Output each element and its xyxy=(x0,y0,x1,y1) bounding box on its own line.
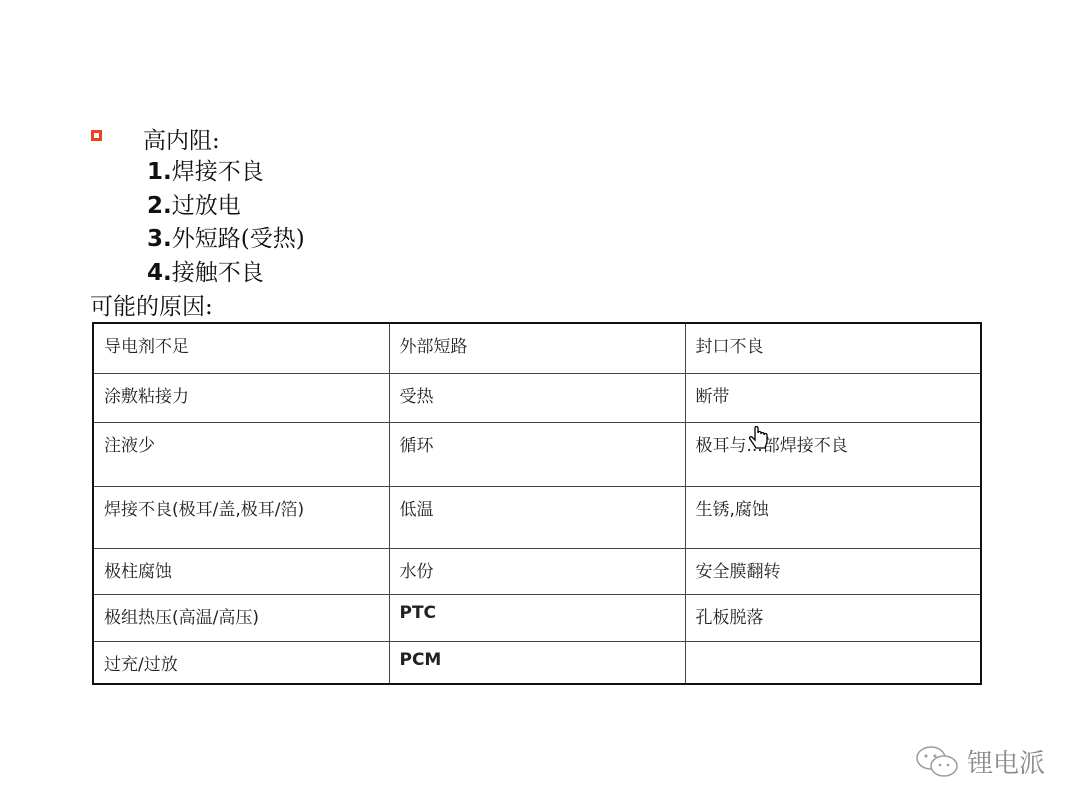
table-row: 极柱腐蚀 水份 安全膜翻转 xyxy=(93,548,981,594)
table-cell: PCM xyxy=(389,641,685,684)
table-cell: 焊接不良(极耳/盖,极耳/箔) xyxy=(93,486,389,548)
bullet-square-icon xyxy=(91,130,102,141)
table-row: 导电剂不足 外部短路 封口不良 xyxy=(93,323,981,373)
table-row: 过充/过放 PCM xyxy=(93,641,981,684)
table-cell: 极耳与...部焊接不良 xyxy=(685,422,981,486)
table-cell: 封口不良 xyxy=(685,323,981,373)
section-heading: 高内阻: xyxy=(143,124,220,158)
causes-title: 可能的原因: xyxy=(90,290,213,324)
list-item: 1.焊接不良 xyxy=(147,156,305,190)
watermark: 锂电派 xyxy=(915,743,1045,780)
table-cell: 低温 xyxy=(389,486,685,548)
table-cell: 涂敷粘接力 xyxy=(93,373,389,422)
wechat-icon xyxy=(915,745,961,779)
causes-table: 导电剂不足 外部短路 封口不良 涂敷粘接力 受热 断带 注液少 循环 极耳与..… xyxy=(92,322,982,685)
table-cell: 孔板脱落 xyxy=(685,594,981,641)
list-item: 2.过放电 xyxy=(147,190,305,224)
table-cell xyxy=(685,641,981,684)
cause-list: 1.焊接不良 2.过放电 3.外短路(受热) 4.接触不良 xyxy=(147,156,305,290)
table-cell: 极组热压(高温/高压) xyxy=(93,594,389,641)
table-cell: 生锈,腐蚀 xyxy=(685,486,981,548)
table-cell: 导电剂不足 xyxy=(93,323,389,373)
table-row: 注液少 循环 极耳与...部焊接不良 xyxy=(93,422,981,486)
table-cell: 过充/过放 xyxy=(93,641,389,684)
list-item: 4.接触不良 xyxy=(147,257,305,291)
table-row: 涂敷粘接力 受热 断带 xyxy=(93,373,981,422)
list-item: 3.外短路(受热) xyxy=(147,223,305,257)
table-cell: 受热 xyxy=(389,373,685,422)
table-cell: 极柱腐蚀 xyxy=(93,548,389,594)
watermark-text: 锂电派 xyxy=(967,743,1045,780)
table-cell: PTC xyxy=(389,594,685,641)
table-cell: 安全膜翻转 xyxy=(685,548,981,594)
table-row: 焊接不良(极耳/盖,极耳/箔) 低温 生锈,腐蚀 xyxy=(93,486,981,548)
table-cell: 外部短路 xyxy=(389,323,685,373)
table-cell: 循环 xyxy=(389,422,685,486)
table-cell: 注液少 xyxy=(93,422,389,486)
hand-cursor-icon xyxy=(748,426,770,454)
table-cell: 水份 xyxy=(389,548,685,594)
table-row: 极组热压(高温/高压) PTC 孔板脱落 xyxy=(93,594,981,641)
table-cell: 断带 xyxy=(685,373,981,422)
